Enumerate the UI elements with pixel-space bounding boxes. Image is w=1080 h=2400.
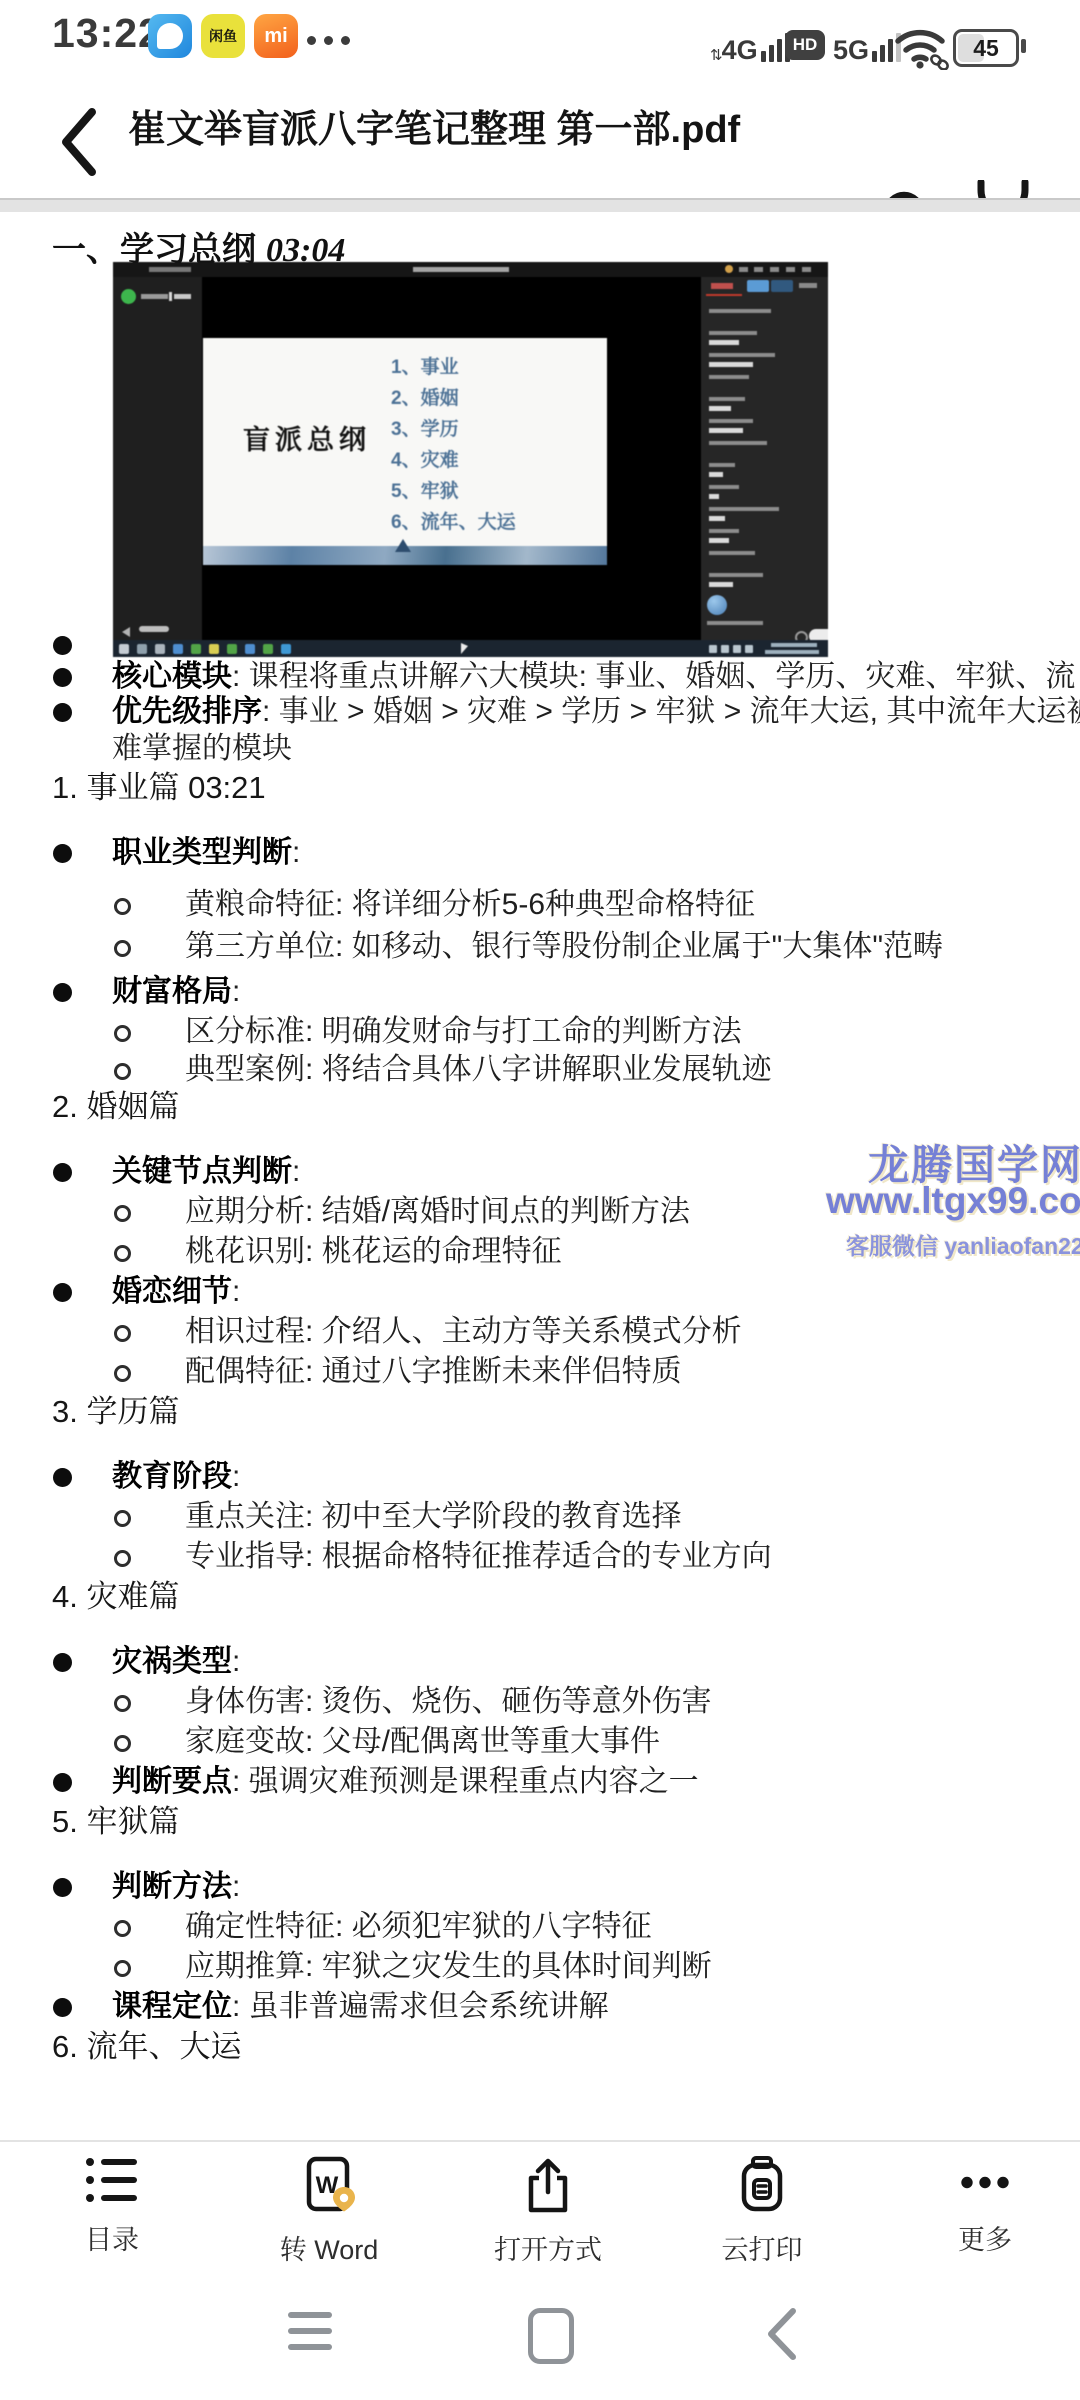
chat-message-line: [709, 375, 749, 379]
convert-to-word-icon: W: [300, 2156, 358, 2214]
doc-bullet-line: 课程定位: 虽非普遍需求但会系统讲解: [0, 1987, 1080, 2027]
chat-message-line: [709, 551, 755, 555]
nav-back-icon[interactable]: [763, 2306, 799, 2367]
chat-message-line: [709, 397, 745, 401]
android-nav-bar: [0, 2290, 1080, 2400]
battery-indicator: 45: [953, 29, 1019, 67]
bottom-toolbar: 目录 W 转 Word 打开方式: [0, 2140, 1080, 2292]
doc-subbullet-line: 配偶特征: 通过八字推断未来伴侣特质: [0, 1352, 1080, 1392]
chat-message-line: [709, 428, 743, 433]
open-with-icon: [519, 2156, 577, 2214]
chat-message-line: [709, 406, 731, 411]
slide-title: 盲派总纲: [243, 418, 371, 457]
notification-more-dots-icon: [307, 36, 350, 45]
more-label: 更多: [958, 2218, 1012, 2257]
chat-message-line: [709, 419, 753, 423]
bullet-dot: [53, 1163, 72, 1182]
nav-menu-icon[interactable]: [288, 2312, 332, 2360]
lecture-video-screenshot: 盲派总纲 1、事业 2、婚姻 3、学历 4、灾难 5、牢狱 6、流年、大运: [113, 262, 828, 657]
doc-section-heading: 5. 牢狱篇: [0, 1802, 1080, 1842]
mi-app-icon: mi: [254, 14, 298, 58]
doc-bullet-line: 婚恋细节:: [0, 1272, 1080, 1312]
doc-bullet-line: 教育阶段:: [0, 1457, 1080, 1497]
chat-message-line: [709, 494, 719, 499]
document-title: 崔文举盲派八字笔记整理 第一部.pdf: [128, 98, 828, 153]
title-bar: 崔文举盲派八字笔记整理 第一部.pdf: [0, 70, 1080, 198]
chat-message-line: [709, 441, 767, 445]
signal-5g-icon: 5G: [833, 16, 901, 64]
slide: 盲派总纲 1、事业 2、婚姻 3、学历 4、灾难 5、牢狱 6、流年、大运: [203, 338, 607, 565]
convert-to-word-button[interactable]: W 转 Word: [249, 2156, 409, 2267]
member-green-icon: [121, 289, 136, 304]
doc-bullet-line: 核心模块: 课程将重点讲解六大模块: 事业、婚姻、学历、灾难、牢狱、流: [0, 657, 1080, 697]
chat-message-line: [709, 582, 733, 587]
slide-item: 6、流年、大运: [391, 507, 516, 538]
cloud-print-button[interactable]: 云打印: [682, 2156, 842, 2267]
doc-bullet-line: 灾祸类型:: [0, 1642, 1080, 1682]
bullet-dot: [53, 1998, 72, 2017]
chat-user-avatar: [707, 595, 727, 615]
bullet-dot: [53, 844, 72, 863]
doc-subbullet-line: 应期推算: 牢狱之灾发生的具体时间判断: [0, 1947, 1080, 1987]
subbullet-circle: [114, 1695, 131, 1712]
doc-subbullet-line: 典型案例: 将结合具体八字讲解职业发展轨迹: [0, 1050, 1080, 1090]
cloud-print-icon: [733, 2156, 791, 2214]
doc-section-heading: 4. 灾难篇: [0, 1577, 1080, 1617]
open-with-button[interactable]: 打开方式: [468, 2156, 628, 2267]
video-app-titlebar: [113, 262, 828, 277]
doc-bullet-line: 财富格局:: [0, 972, 1080, 1012]
subbullet-circle: [114, 1205, 131, 1222]
doc-section-heading: 3. 学历篇: [0, 1392, 1080, 1432]
subbullet-circle: [114, 1510, 131, 1527]
toc-button[interactable]: 目录: [32, 2156, 192, 2257]
doc-section-heading: 2. 婚姻篇: [0, 1087, 1080, 1127]
subbullet-circle: [114, 940, 131, 957]
clock: 13:22: [52, 10, 162, 57]
subbullet-circle: [114, 1365, 131, 1382]
hd-badge: HD: [785, 30, 825, 60]
subbullet-circle: [114, 1025, 131, 1042]
slide-item: 3、学历: [391, 414, 516, 445]
chat-tab: [711, 283, 733, 289]
subbullet-circle: [114, 898, 131, 915]
subbullet-circle: [114, 1325, 131, 1342]
bullet-dot: [53, 1878, 72, 1897]
doc-subbullet-line: 黄粮命特征: 将详细分析5-6种典型命格特征: [0, 885, 1080, 925]
open-with-label: 打开方式: [494, 2228, 602, 2267]
signal-4g-icon: ⇅ 4G: [710, 16, 790, 64]
chat-panel: [701, 277, 828, 640]
bullet-dot: [53, 703, 72, 722]
xianyu-app-icon: 闲鱼: [201, 14, 245, 58]
slide-list: 1、事业 2、婚姻 3、学历 4、灾难 5、牢狱 6、流年、大运: [391, 352, 516, 538]
chat-message-line: [709, 463, 735, 467]
back-icon[interactable]: [54, 104, 106, 185]
doc-subbullet-line: 确定性特征: 必须犯牢狱的八字特征: [0, 1907, 1080, 1947]
presenter-avatar-dot: [725, 265, 733, 273]
chat-message-line: [709, 516, 725, 521]
doc-subbullet-line: 相识过程: 介绍人、主动方等关系模式分析: [0, 1312, 1080, 1352]
doc-section-heading: 6. 流年、大运: [0, 2027, 1080, 2067]
bullet-dot: [53, 1468, 72, 1487]
chat-message-line: [709, 507, 779, 511]
subbullet-circle: [114, 1960, 131, 1977]
chat-message-line: [709, 309, 771, 313]
chat-blue-button: [747, 280, 769, 292]
data-arrows-icon: ⇅: [710, 46, 721, 64]
nav-home-icon[interactable]: [528, 2308, 574, 2364]
more-button[interactable]: 更多: [905, 2156, 1065, 2257]
messenger-app-icon: [148, 14, 192, 58]
doc-subbullet-line: 家庭变故: 父母/配偶离世等重大事件: [0, 1722, 1080, 1762]
wifi-icon: [893, 24, 949, 75]
doc-continuation-line: 难掌握的模块: [0, 729, 1080, 769]
chat-message-line: [709, 485, 739, 489]
chat-message-line: [709, 472, 723, 477]
doc-section-heading: 1. 事业篇 03:21: [0, 768, 1080, 808]
cloud-print-label: 云打印: [722, 2228, 803, 2267]
chat-message-line: [709, 331, 757, 335]
slide-item: 2、婚姻: [391, 383, 516, 414]
doc-subbullet-line: 身体伤害: 烫伤、烧伤、砸伤等意外伤害: [0, 1682, 1080, 1722]
chat-message-line: [709, 529, 739, 533]
bullet-dot: [53, 636, 72, 655]
toc-icon: [85, 2156, 139, 2204]
chat-message-line: [709, 353, 775, 357]
watermark-wechat: 客服微信 yanliaofan225: [846, 1228, 1080, 1261]
doc-subbullet-line: 专业指导: 根据命格特征推荐适合的专业方向: [0, 1537, 1080, 1577]
watermark-url: www.ltgx99.com: [826, 1180, 1080, 1222]
chat-message-line: [709, 573, 763, 577]
chat-message-line: [709, 340, 739, 345]
slide-item: 5、牢狱: [391, 476, 516, 507]
doc-subbullet-line: 第三方单位: 如移动、银行等股份制企业属于"大集体"范畴: [0, 927, 1080, 967]
more-icon: [960, 2156, 1010, 2204]
subbullet-circle: [114, 1550, 131, 1567]
convert-to-word-label: 转 Word: [280, 2228, 379, 2267]
chat-message-line: [709, 362, 753, 367]
bullet-dot: [53, 1773, 72, 1792]
subbullet-circle: [114, 1735, 131, 1752]
doc-bullet-line: 职业类型判断:: [0, 833, 1080, 873]
toc-label: 目录: [85, 2218, 139, 2257]
slide-item: 4、灾难: [391, 445, 516, 476]
doc-subbullet-line: 区分标准: 明确发财命与打工命的判断方法: [0, 1012, 1080, 1052]
doc-bullet-line: 判断方法:: [0, 1867, 1080, 1907]
doc-subbullet-line: 重点关注: 初中至大学阶段的教育选择: [0, 1497, 1080, 1537]
bullet-dot: [53, 983, 72, 1002]
subbullet-circle: [114, 1920, 131, 1937]
bullet-dot: [53, 1653, 72, 1672]
doc-bullet-line: 优先级排序: 事业 > 婚姻 > 灾难 > 学历 > 牢狱 > 流年大运, 其中…: [0, 692, 1080, 732]
slide-item: 1、事业: [391, 352, 516, 383]
bullet-dot: [53, 1283, 72, 1302]
slide-footer-graphic: [203, 546, 607, 565]
status-bar: 13:22 闲鱼 mi ⇅ 4G HD 5G 45: [0, 0, 1080, 70]
doc-bullet-line: 判断要点: 强调灾难预测是课程重点内容之一: [0, 1762, 1080, 1802]
bullet-dot: [53, 668, 72, 687]
subbullet-circle: [114, 1063, 131, 1080]
subbullet-circle: [114, 1245, 131, 1262]
chat-message-line: [709, 538, 729, 543]
video-left-panel: [113, 277, 202, 640]
